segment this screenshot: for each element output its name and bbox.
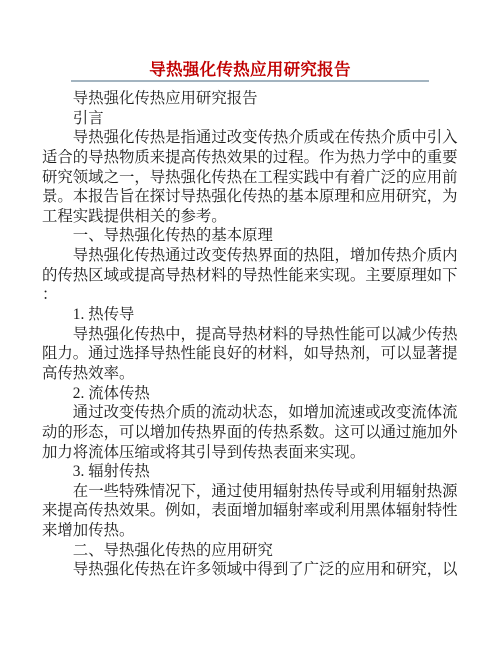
text-line: 阻力。通过选择导热性能良好的材料，如导热剂，可以显著提	[42, 344, 458, 364]
title-divider	[71, 80, 429, 82]
text-line: 动的形态，可以增加传热界面的传热系数。这可以通过施加外	[42, 423, 458, 443]
text-line: 来增加传热。	[42, 521, 458, 541]
text-line: 引言	[42, 109, 458, 129]
text-line: 工程实践提供相关的参考。	[42, 207, 458, 227]
document-title: 导热强化传热应用研究报告	[0, 59, 500, 80]
text-line: 3. 辐射传热	[42, 462, 458, 482]
text-line: 1. 热传导	[42, 305, 458, 325]
text-line: 2. 流体传热	[42, 384, 458, 404]
document-body: 导热强化传热应用研究报告引言导热强化传热是指通过改变传热介质或在传热介质中引入适…	[42, 89, 458, 580]
text-line: ：	[42, 285, 458, 305]
text-line: 一、导热强化传热的基本原理	[42, 226, 458, 246]
text-line: 加力将流体压缩或将其引导到传热表面来实现。	[42, 443, 458, 463]
text-line: 通过改变传热介质的流动状态，如增加流速或改变流体流	[42, 403, 458, 423]
text-line: 导热强化传热应用研究报告	[42, 89, 458, 109]
text-line: 二、导热强化传热的应用研究	[42, 541, 458, 561]
text-line: 导热强化传热通过改变传热界面的热阻，增加传热介质内	[42, 246, 458, 266]
text-line: 高传热效率。	[42, 364, 458, 384]
document-page: 导热强化传热应用研究报告 导热强化传热应用研究报告引言导热强化传热是指通过改变传…	[0, 0, 500, 647]
text-line: 导热强化传热中，提高导热材料的导热性能可以减少传热	[42, 325, 458, 345]
text-line: 景。本报告旨在探讨导热强化传热的基本原理和应用研究，为	[42, 187, 458, 207]
text-line: 导热强化传热在许多领域中得到了广泛的应用和研究，以	[42, 560, 458, 580]
text-line: 适合的导热物质来提高传热效果的过程。作为热力学中的重要	[42, 148, 458, 168]
text-line: 导热强化传热是指通过改变传热介质或在传热介质中引入	[42, 128, 458, 148]
text-line: 在一些特殊情况下，通过使用辐射热传导或利用辐射热源	[42, 482, 458, 502]
text-line: 研究领域之一，导热强化传热在工程实践中有着广泛的应用前	[42, 168, 458, 188]
text-line: 来提高传热效果。例如，表面增加辐射率或利用黑体辐射特性	[42, 501, 458, 521]
text-line: 的传热区域或提高导热材料的导热性能来实现。主要原理如下	[42, 266, 458, 286]
